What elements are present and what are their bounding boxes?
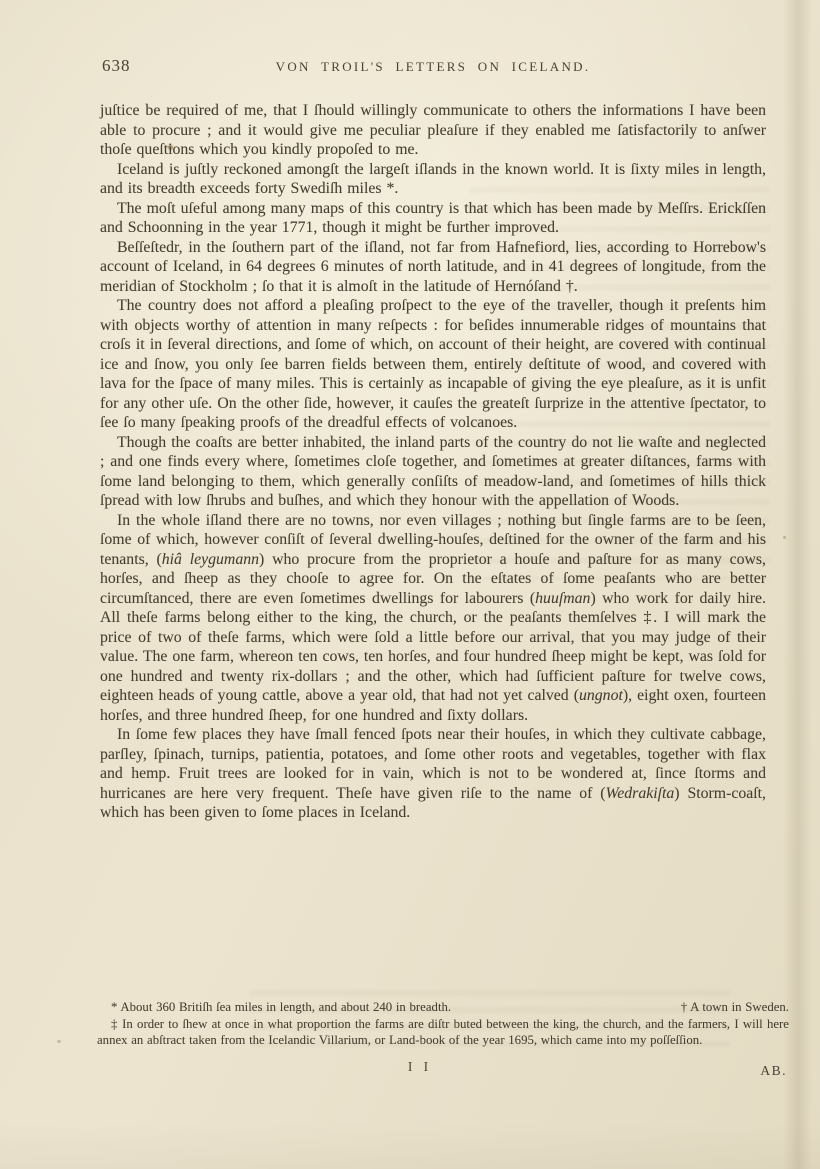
running-title: VON TROIL'S LETTERS ON ICELAND. <box>276 59 591 74</box>
footnote-asterisk: * About 360 Britiſh ſea miles in length,… <box>97 999 451 1016</box>
footnote-dagger: † A town in Sweden. <box>681 999 789 1016</box>
paragraph-continuation: juſtice be required of me, that I ſhould… <box>100 101 766 160</box>
page-header: 638 VON TROIL'S LETTERS ON ICELAND. <box>100 58 766 76</box>
paragraph: The country does not afford a pleaſing p… <box>100 296 766 433</box>
paragraph: Though the coaſts are better inhabited, … <box>100 433 766 511</box>
footnote-double-dagger: ‡ In order to ſhew at once in what propo… <box>97 1016 789 1049</box>
catchword: AB. <box>760 1063 787 1079</box>
paper-speck <box>57 1040 61 1043</box>
paragraph: Beſſeſtedr, in the ſouthern part of the … <box>100 238 766 297</box>
signature-mark: I I <box>100 1059 740 1075</box>
paper-speck <box>783 536 786 539</box>
paragraph: The moſt uſeful among many maps of this … <box>100 199 766 238</box>
paragraph: In ſome few places they have ſmall fence… <box>100 725 766 823</box>
paragraph: Iceland is juſtly reckoned amongſt the l… <box>100 160 766 199</box>
footnotes: * About 360 Britiſh ſea miles in length,… <box>97 999 789 1049</box>
paragraph: In the whole iſland there are no towns, … <box>100 511 766 726</box>
page-number: 638 <box>102 56 131 76</box>
footnote-row: * About 360 Britiſh ſea miles in length,… <box>97 999 789 1016</box>
body-text: juſtice be required of me, that I ſhould… <box>100 101 766 823</box>
book-page: 638 VON TROIL'S LETTERS ON ICELAND. juſt… <box>0 0 820 1169</box>
